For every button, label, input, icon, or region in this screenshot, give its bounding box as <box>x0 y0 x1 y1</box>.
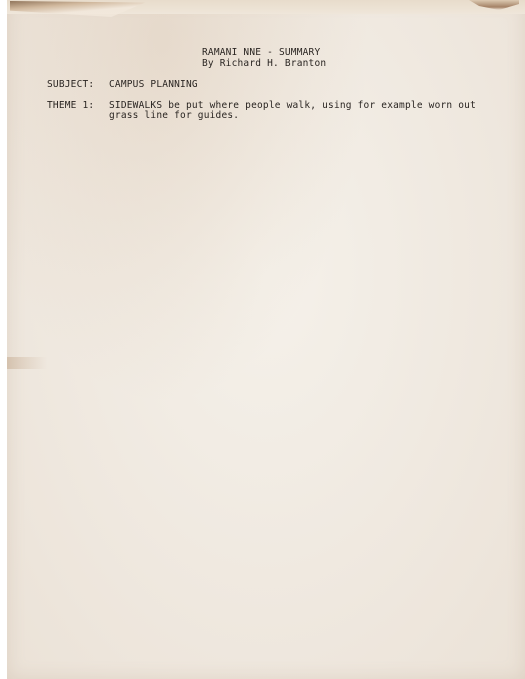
subject-value: CAMPUS PLANNING <box>109 79 198 90</box>
document-title: RAMANI NNE - SUMMARY <box>202 47 320 58</box>
theme-1-text-line-2: grass line for guides. <box>109 110 239 121</box>
paper-fold-mark <box>7 357 47 369</box>
theme-1-label: THEME 1: <box>47 100 94 111</box>
subject-label: SUBJECT: <box>47 79 94 90</box>
document-author: By Richard H. Branton <box>202 58 326 69</box>
